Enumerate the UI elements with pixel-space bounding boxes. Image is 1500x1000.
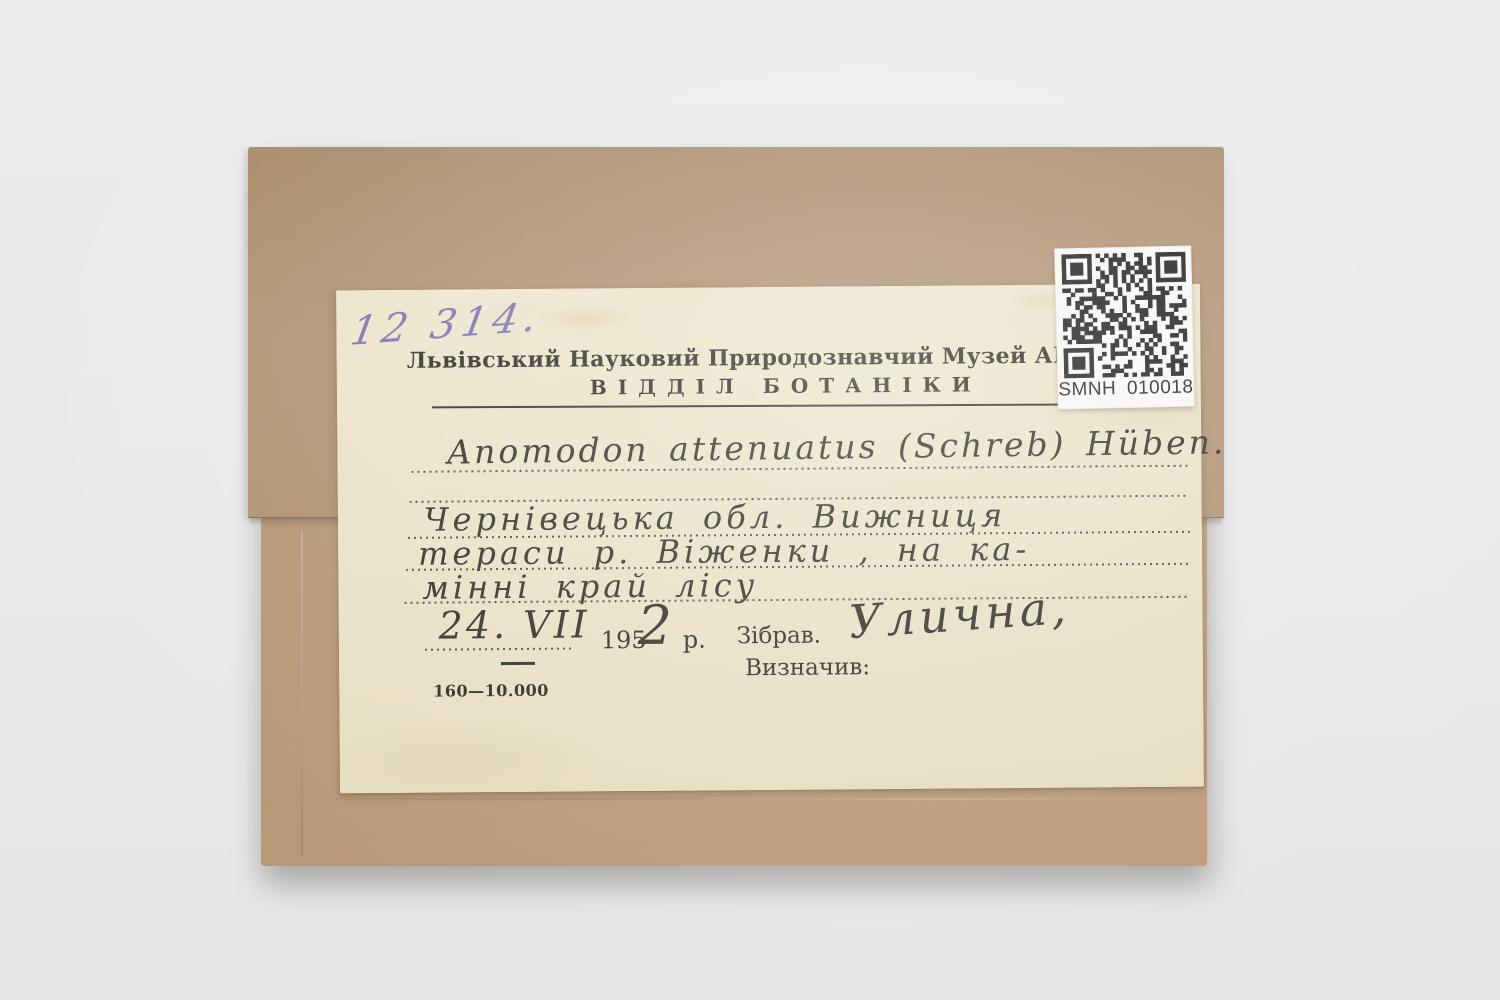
year-suffix: р. bbox=[683, 626, 706, 654]
collected-by-label: Зібрав. bbox=[737, 623, 821, 650]
month-underline bbox=[501, 662, 535, 665]
species-name: Anomodon attenuatus (Schreb) Hüben. bbox=[447, 422, 1227, 471]
qr-code-icon bbox=[1061, 252, 1188, 379]
accession-number: 12 314. bbox=[347, 294, 545, 355]
print-run: 160—10.000 bbox=[433, 681, 549, 701]
photo-stage: 12 314. Львівський Науковий Природознавч… bbox=[0, 0, 1500, 1000]
collection-date: 24. VII bbox=[439, 602, 590, 647]
collector-signature: Улична, bbox=[847, 580, 1071, 649]
qr-sticker: SMNH 010018 bbox=[1054, 245, 1195, 409]
dotted-line bbox=[425, 648, 575, 651]
qr-code-text: SMNH 010018 bbox=[1058, 376, 1194, 401]
determined-by-label: Визначив: bbox=[745, 654, 870, 681]
year-handwritten: 2 bbox=[637, 594, 672, 657]
